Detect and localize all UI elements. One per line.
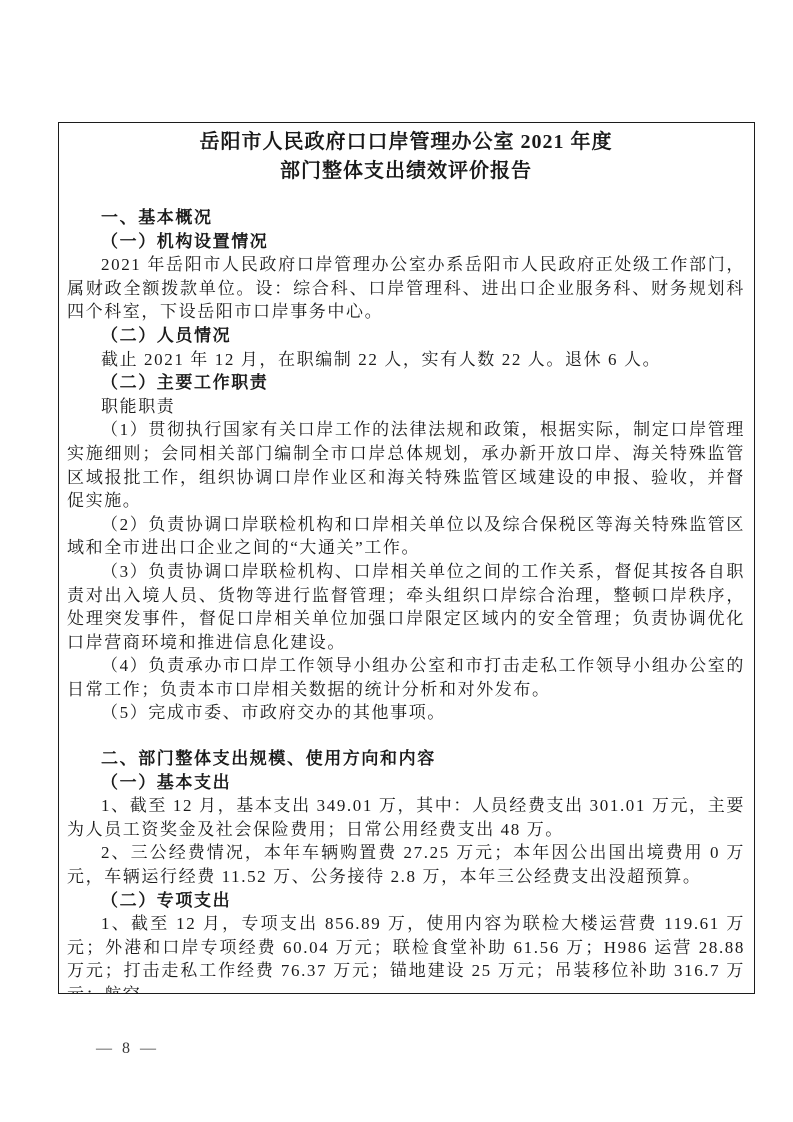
document-border-frame: 岳阳市人民政府口口岸管理办公室 2021 年度 部门整体支出绩效评价报告 一、基… [58, 122, 755, 994]
paragraph: （4）负责承办市口岸工作领导小组办公室和市打击走私工作领导小组办公室的日常工作；… [67, 654, 745, 701]
paragraph: （2）负责协调口岸联检机构和口岸相关单位以及综合保税区等海关特殊监管区域和全市进… [67, 513, 745, 560]
subsection-heading: （一）基本支出 [67, 771, 745, 795]
document-page: { "document": { "title_line1": "岳阳市人民政府口… [0, 0, 793, 1122]
paragraph: （3）负责协调口岸联检机构、口岸相关单位之间的工作关系，督促其按各自职责对出入境… [67, 560, 745, 654]
paragraph: 1、截至 12 月，专项支出 856.89 万，使用内容为联检大楼运营费 119… [67, 912, 745, 994]
document-title-line1: 岳阳市人民政府口口岸管理办公室 2021 年度 [67, 128, 745, 157]
document-title-line2: 部门整体支出绩效评价报告 [67, 157, 745, 186]
subsection-heading: （二）主要工作职责 [67, 371, 745, 395]
document-title: 岳阳市人民政府口口岸管理办公室 2021 年度 部门整体支出绩效评价报告 [67, 128, 745, 186]
paragraph: 职能职责 [67, 395, 745, 419]
section-heading: 一、基本概况 [67, 206, 745, 230]
section-heading: 二、部门整体支出规模、使用方向和内容 [67, 747, 745, 771]
title-body-gap [67, 186, 745, 206]
document-body: 一、基本概况（一）机构设置情况2021 年岳阳市人民政府口岸管理办公室办系岳阳市… [67, 206, 745, 994]
subsection-heading: （一）机构设置情况 [67, 230, 745, 254]
paragraph: 2021 年岳阳市人民政府口岸管理办公室办系岳阳市人民政府正处级工作部门，属财政… [67, 253, 745, 324]
subsection-heading: （二）人员情况 [67, 324, 745, 348]
paragraph: （5）完成市委、市政府交办的其他事项。 [67, 701, 745, 725]
page-number-footer: — 8 — [96, 1040, 159, 1058]
subsection-heading: （二）专项支出 [67, 889, 745, 913]
paragraph: 截止 2021 年 12 月，在职编制 22 人，实有人数 22 人。退休 6 … [67, 348, 745, 372]
blank-line [67, 725, 745, 747]
paragraph: 2、三公经费情况，本年车辆购置费 27.25 万元；本年因公出国出境费用 0 万… [67, 841, 745, 888]
paragraph: 1、截至 12 月，基本支出 349.01 万，其中：人员经费支出 301.01… [67, 794, 745, 841]
paragraph: （1）贯彻执行国家有关口岸工作的法律法规和政策，根据实际，制定口岸管理实施细则；… [67, 418, 745, 512]
